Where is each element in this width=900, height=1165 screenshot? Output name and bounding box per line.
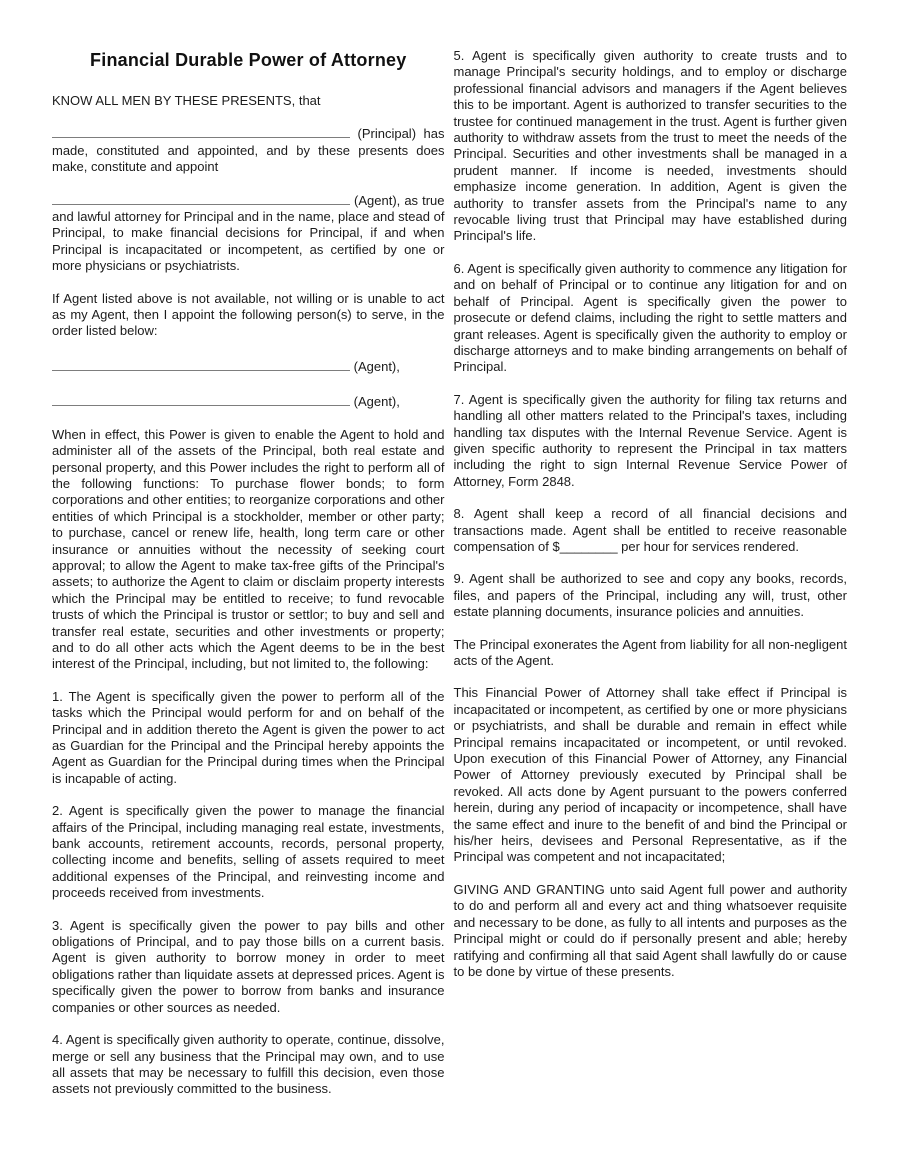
successor-agent-2-line: (Agent), bbox=[52, 393, 445, 410]
agent-name-blank[interactable] bbox=[52, 192, 350, 205]
agent-fill-line: (Agent), as true bbox=[52, 192, 445, 209]
agent-appointment-block: (Agent), as true and lawful attorney for… bbox=[52, 192, 445, 275]
successor-agent-2-blank[interactable] bbox=[52, 393, 350, 406]
principal-appointment-block: (Principal) has made, constituted and ap… bbox=[52, 125, 445, 175]
successor-agent-1-blank[interactable] bbox=[52, 358, 350, 371]
right-column: 5. Agent is specifically given authority… bbox=[454, 48, 848, 1114]
numbered-item-5: 5. Agent is specifically given authority… bbox=[454, 48, 848, 245]
numbered-item-7: 7. Agent is specifically given the autho… bbox=[454, 392, 848, 490]
left-column: Financial Durable Power of Attorney KNOW… bbox=[52, 48, 445, 1114]
numbered-item-6: 6. Agent is specifically given authority… bbox=[454, 261, 848, 376]
agent-fill-suffix: (Agent), as true bbox=[354, 193, 444, 208]
principal-fill-line: (Principal) has bbox=[52, 125, 445, 142]
successor-agents-block: (Agent), (Agent), bbox=[52, 358, 445, 411]
successor-agent-2-suffix: (Agent), bbox=[354, 394, 400, 409]
intro-clause: KNOW ALL MEN BY THESE PRESENTS, that bbox=[52, 93, 445, 109]
successor-agent-1-line: (Agent), bbox=[52, 358, 445, 375]
document-page: Financial Durable Power of Attorney KNOW… bbox=[0, 0, 900, 1165]
effectiveness-clause: This Financial Power of Attorney shall t… bbox=[454, 685, 848, 865]
two-column-layout: Financial Durable Power of Attorney KNOW… bbox=[52, 48, 847, 1114]
granting-clause: GIVING AND GRANTING unto said Agent full… bbox=[454, 882, 848, 980]
successor-agent-1-suffix: (Agent), bbox=[354, 359, 400, 374]
agent-role-clause: and lawful attorney for Principal and in… bbox=[52, 209, 445, 275]
numbered-item-3: 3. Agent is specifically given the power… bbox=[52, 918, 445, 1016]
document-title: Financial Durable Power of Attorney bbox=[52, 50, 445, 71]
principal-fill-suffix: (Principal) has bbox=[358, 126, 445, 141]
numbered-item-1: 1. The Agent is specifically given the p… bbox=[52, 689, 445, 787]
successor-clause: If Agent listed above is not available, … bbox=[52, 291, 445, 340]
appoint-clause: made, constituted and appointed, and by … bbox=[52, 143, 445, 176]
powers-overview-clause: When in effect, this Power is given to e… bbox=[52, 427, 445, 673]
exoneration-clause: The Principal exonerates the Agent from … bbox=[454, 637, 848, 670]
numbered-item-4: 4. Agent is specifically given authority… bbox=[52, 1032, 445, 1098]
numbered-item-8: 8. Agent shall keep a record of all fina… bbox=[454, 506, 848, 555]
numbered-item-2: 2. Agent is specifically given the power… bbox=[52, 803, 445, 901]
principal-name-blank[interactable] bbox=[52, 125, 350, 138]
numbered-item-9: 9. Agent shall be authorized to see and … bbox=[454, 571, 848, 620]
